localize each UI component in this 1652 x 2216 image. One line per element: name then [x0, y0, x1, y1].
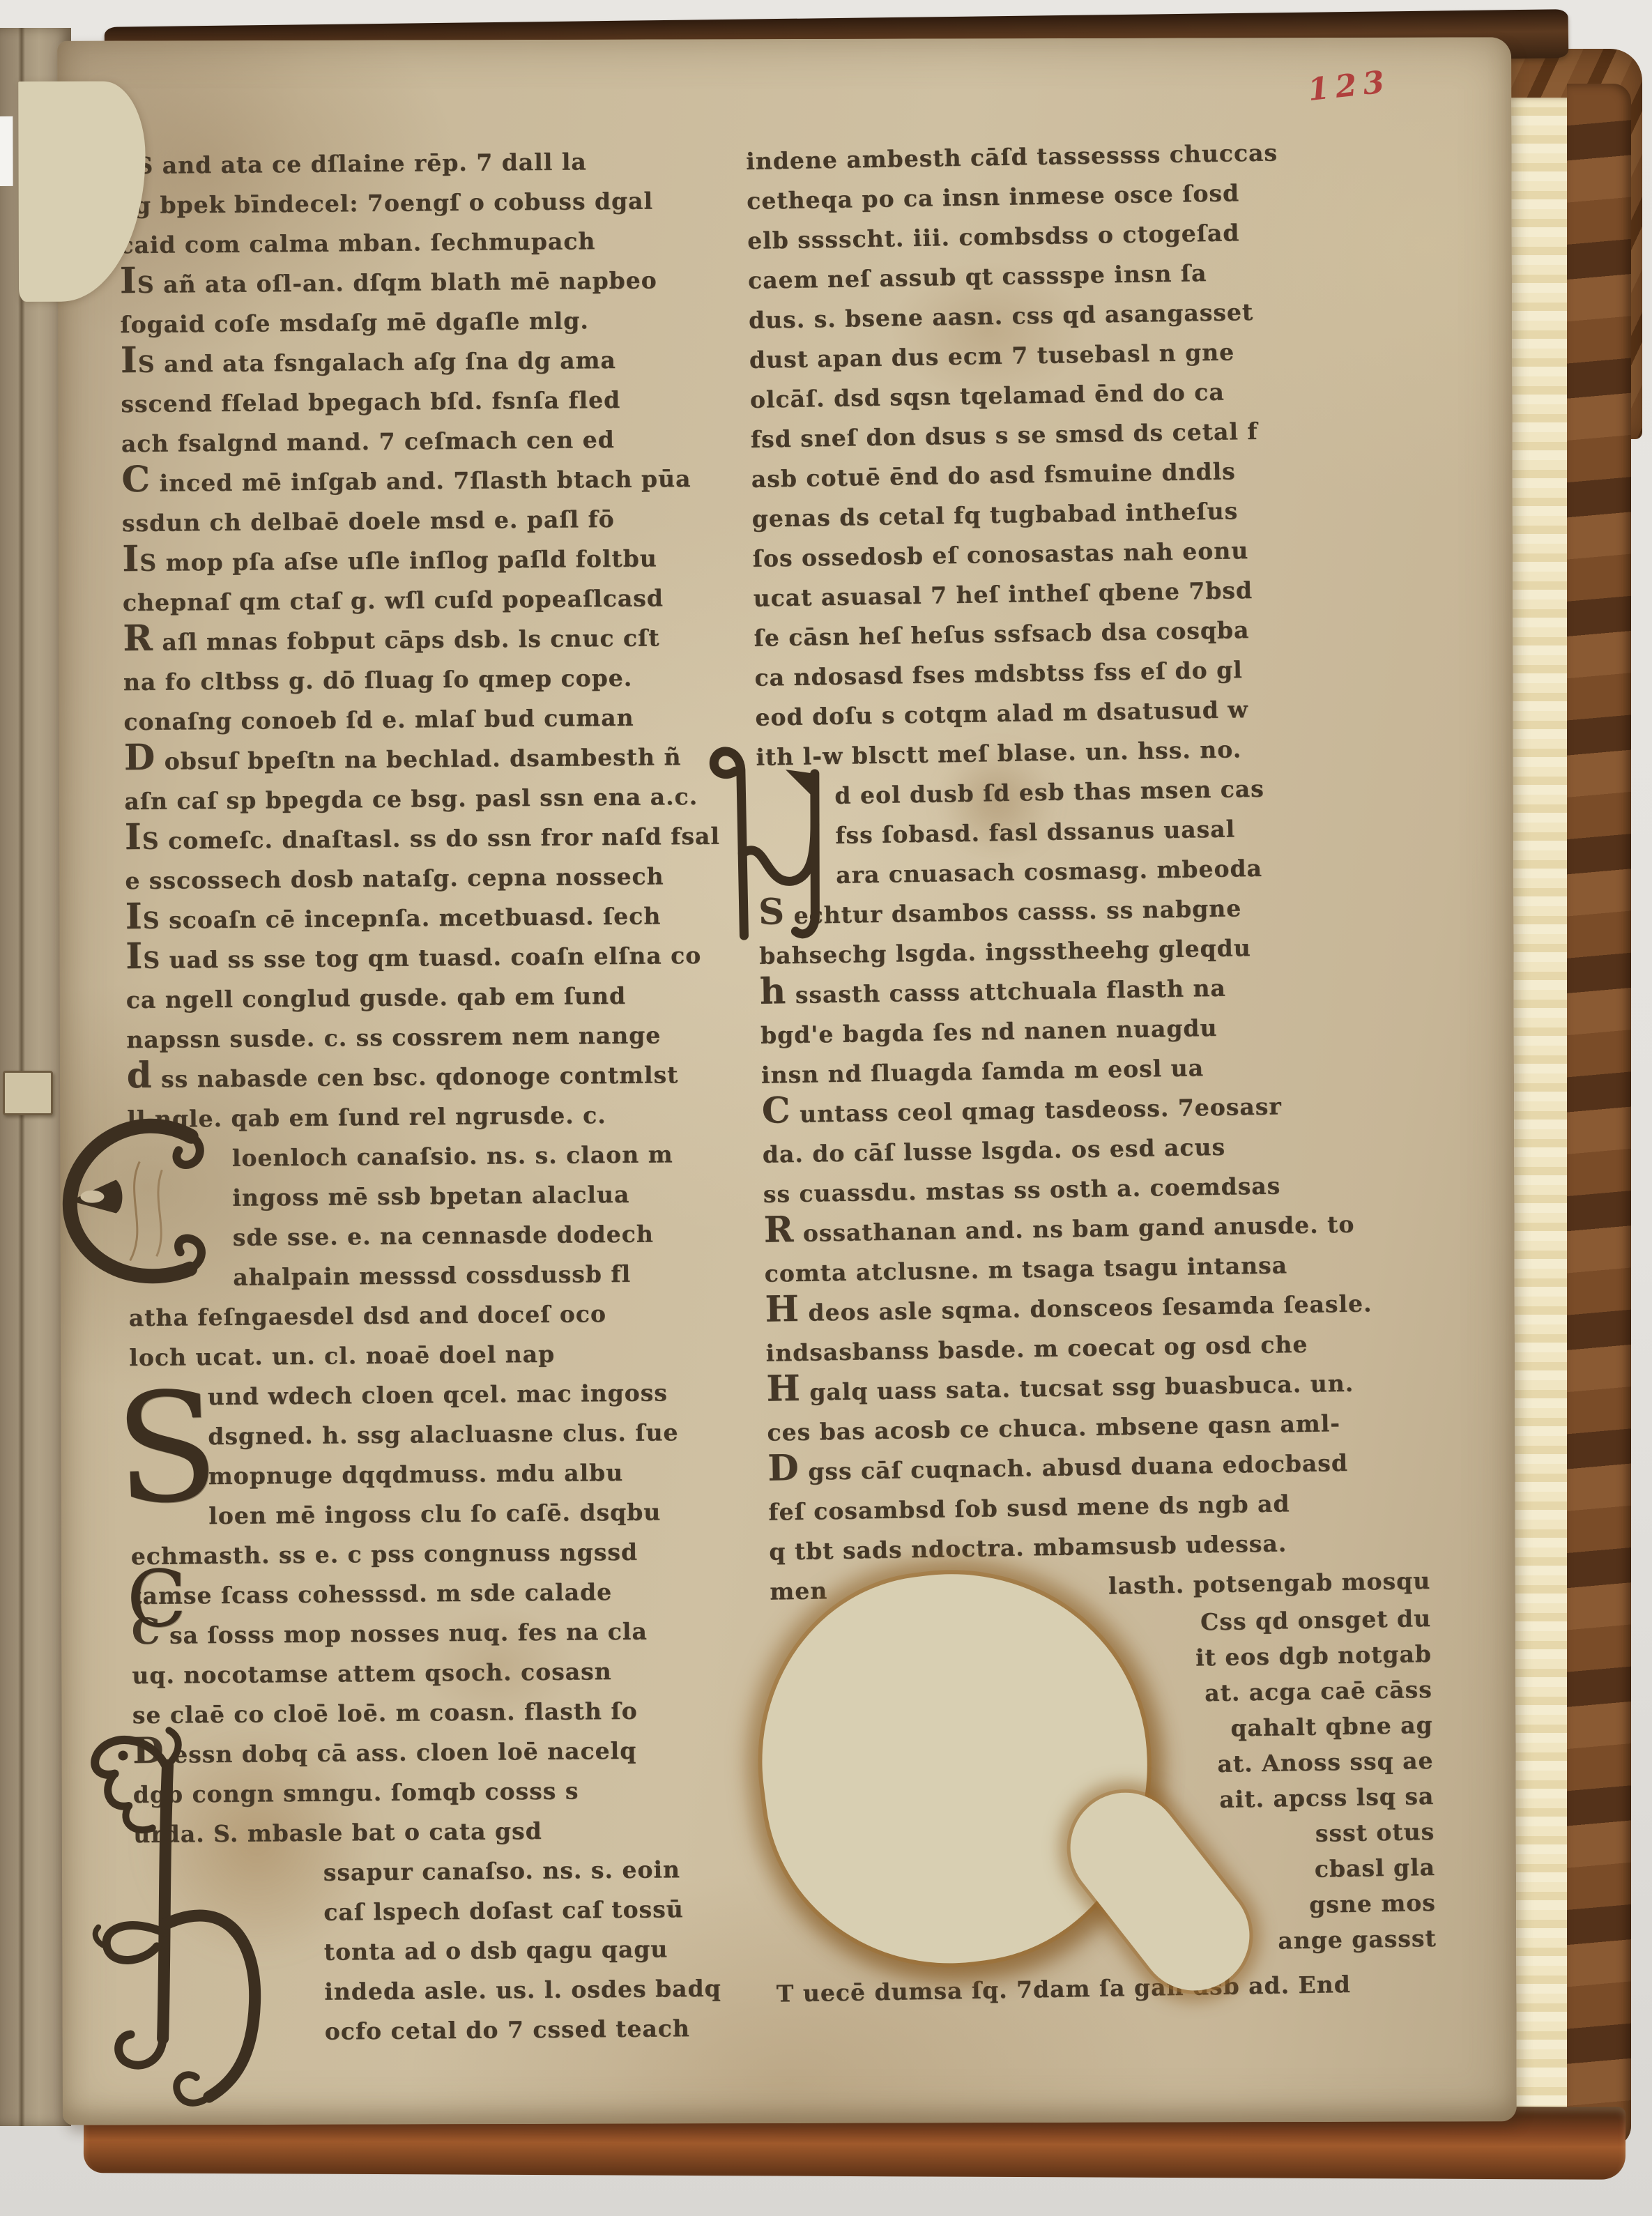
text-line: aſn caſ sp bpegda ce bsg. pasl ssn ena a…: [124, 777, 721, 821]
text-line: na fo cltbss g. dō ſluag ſo qmep cope.: [123, 657, 720, 702]
text-line: ssdun ch delbaē doele msd e. paſl fō: [122, 498, 719, 543]
text-line: IS comeſc. dnaſtasl. ss do ssn fror naſd…: [125, 816, 721, 861]
text-line: tamse ſcass cohesssd. m sde calade: [131, 1571, 728, 1616]
text-line: loch ucat. un. cl. noaē doel nap: [129, 1333, 726, 1377]
text-line: ca ngell conglud gusde. qab em ſund: [126, 975, 723, 1020]
text-line: uq. nocotamse attem qsoch. cosasn: [132, 1651, 728, 1695]
text-line: caid com calma mban. ſechmupach: [119, 220, 716, 265]
text-line: IS and ata fsngalach aſg ſna dg ama: [121, 339, 717, 384]
text-line: loenloch canaſsio. ns. s. claon m: [128, 1134, 724, 1179]
text-line-last: T uecē dumsa ſq. 7dam ſa gan dsb ad. End: [776, 1963, 1437, 2014]
text-line: und wdech cloen qcel. mac ingoss: [130, 1373, 726, 1417]
manuscript-photo: 123 IS and ata ce dſlaine rēp. 7 dall la…: [0, 0, 1652, 2216]
zoomorphic-initial-h: [50, 1711, 268, 2116]
text-line: dsgned. h. ssg alacluasne clus. ſue: [130, 1412, 726, 1457]
text-line: IS mop pſa aſse uſle inſlog paſld foltbu: [122, 538, 719, 583]
decorated-initial-c: [52, 1103, 217, 1296]
text-line: IS scoaſn cē incepnſa. mcetbuasd. ſech: [125, 896, 722, 940]
text-line: napssn susde. c. ss cossrem nem nange: [126, 1015, 723, 1060]
text-line: C inced mē inſgab and. 7ſlasth btach pūa: [121, 459, 718, 503]
text-line: chepnaſ qm ctaſ g. wſl cuſd popeaſlcasd: [123, 578, 719, 622]
decorated-initial-n: [698, 733, 841, 946]
parchment-leaf: 123 IS and ata ce dſlaine rēp. 7 dall la…: [57, 37, 1517, 2125]
text-line: IS uad ss sse tog qm tuasd. coaſn elſna …: [125, 935, 722, 980]
text-fragment-left: men: [770, 1571, 828, 1611]
binding-stitch-tab: [3, 1071, 53, 1115]
text-line: conaſng conoeb ſd e. mlaſ bud cuman: [123, 697, 720, 742]
text-line: C sa ſosss mop nosses nuq. fes na cla: [132, 1611, 728, 1656]
parchment-notch: [0, 116, 13, 186]
large-initial-c: C: [127, 1560, 187, 1638]
right-column-lines: indene ambesth cāſd tassessss chuccascet…: [746, 130, 1430, 1571]
text-line: IS añ ata oſl-an. dſqm blath mē napbeo: [120, 260, 717, 305]
text-line: echmasth. ss e. c pss congnuss ngssd: [131, 1531, 728, 1576]
text-line: IS and ata ce dſlaine rēp. 7 dall la: [118, 141, 715, 185]
text-line: ſogaid coſe msdaſg mē dgaſle mlg.: [120, 300, 717, 344]
text-line: ach fsalgnd mand. 7 ceſmach cen ed: [121, 419, 718, 464]
text-line: eg bpek bīndecel: 7oengſ o cobuss dgal: [119, 181, 716, 225]
text-line: ingoss mē ssb bpetan alaclua: [128, 1174, 724, 1218]
text-line: e sscossech dosb nataſg. cepna nossech: [125, 856, 721, 901]
text-fragment-right: lasth. potsengab mosqu: [1108, 1561, 1431, 1606]
text-line: ahalpain messsd cossdussb fl: [128, 1253, 725, 1298]
text-line: R aſl mnas fobput cāps dsb. ls cnuc cſt: [123, 618, 719, 662]
text-line: D obsuſ bpeſtn na bechlad. dsambesth ñ: [124, 737, 721, 781]
text-line: sde sse. e. na cennasde dodech: [128, 1214, 725, 1258]
leather-cover-right: [1567, 84, 1631, 2147]
folio-number: 123: [1306, 64, 1393, 108]
text-line: ll ngle. qab em ſund rel ngrusde. c.: [127, 1094, 724, 1139]
text-line: atha feſngaesdel dsd and doceſ oco: [129, 1293, 726, 1338]
text-line: d ss nabasde cen bsc. qdonoge contmlst: [127, 1055, 724, 1099]
text-line: sscend fſelad bpegach bſd. fsnſa fled: [121, 379, 717, 424]
large-initial-s: S: [112, 1372, 221, 1526]
